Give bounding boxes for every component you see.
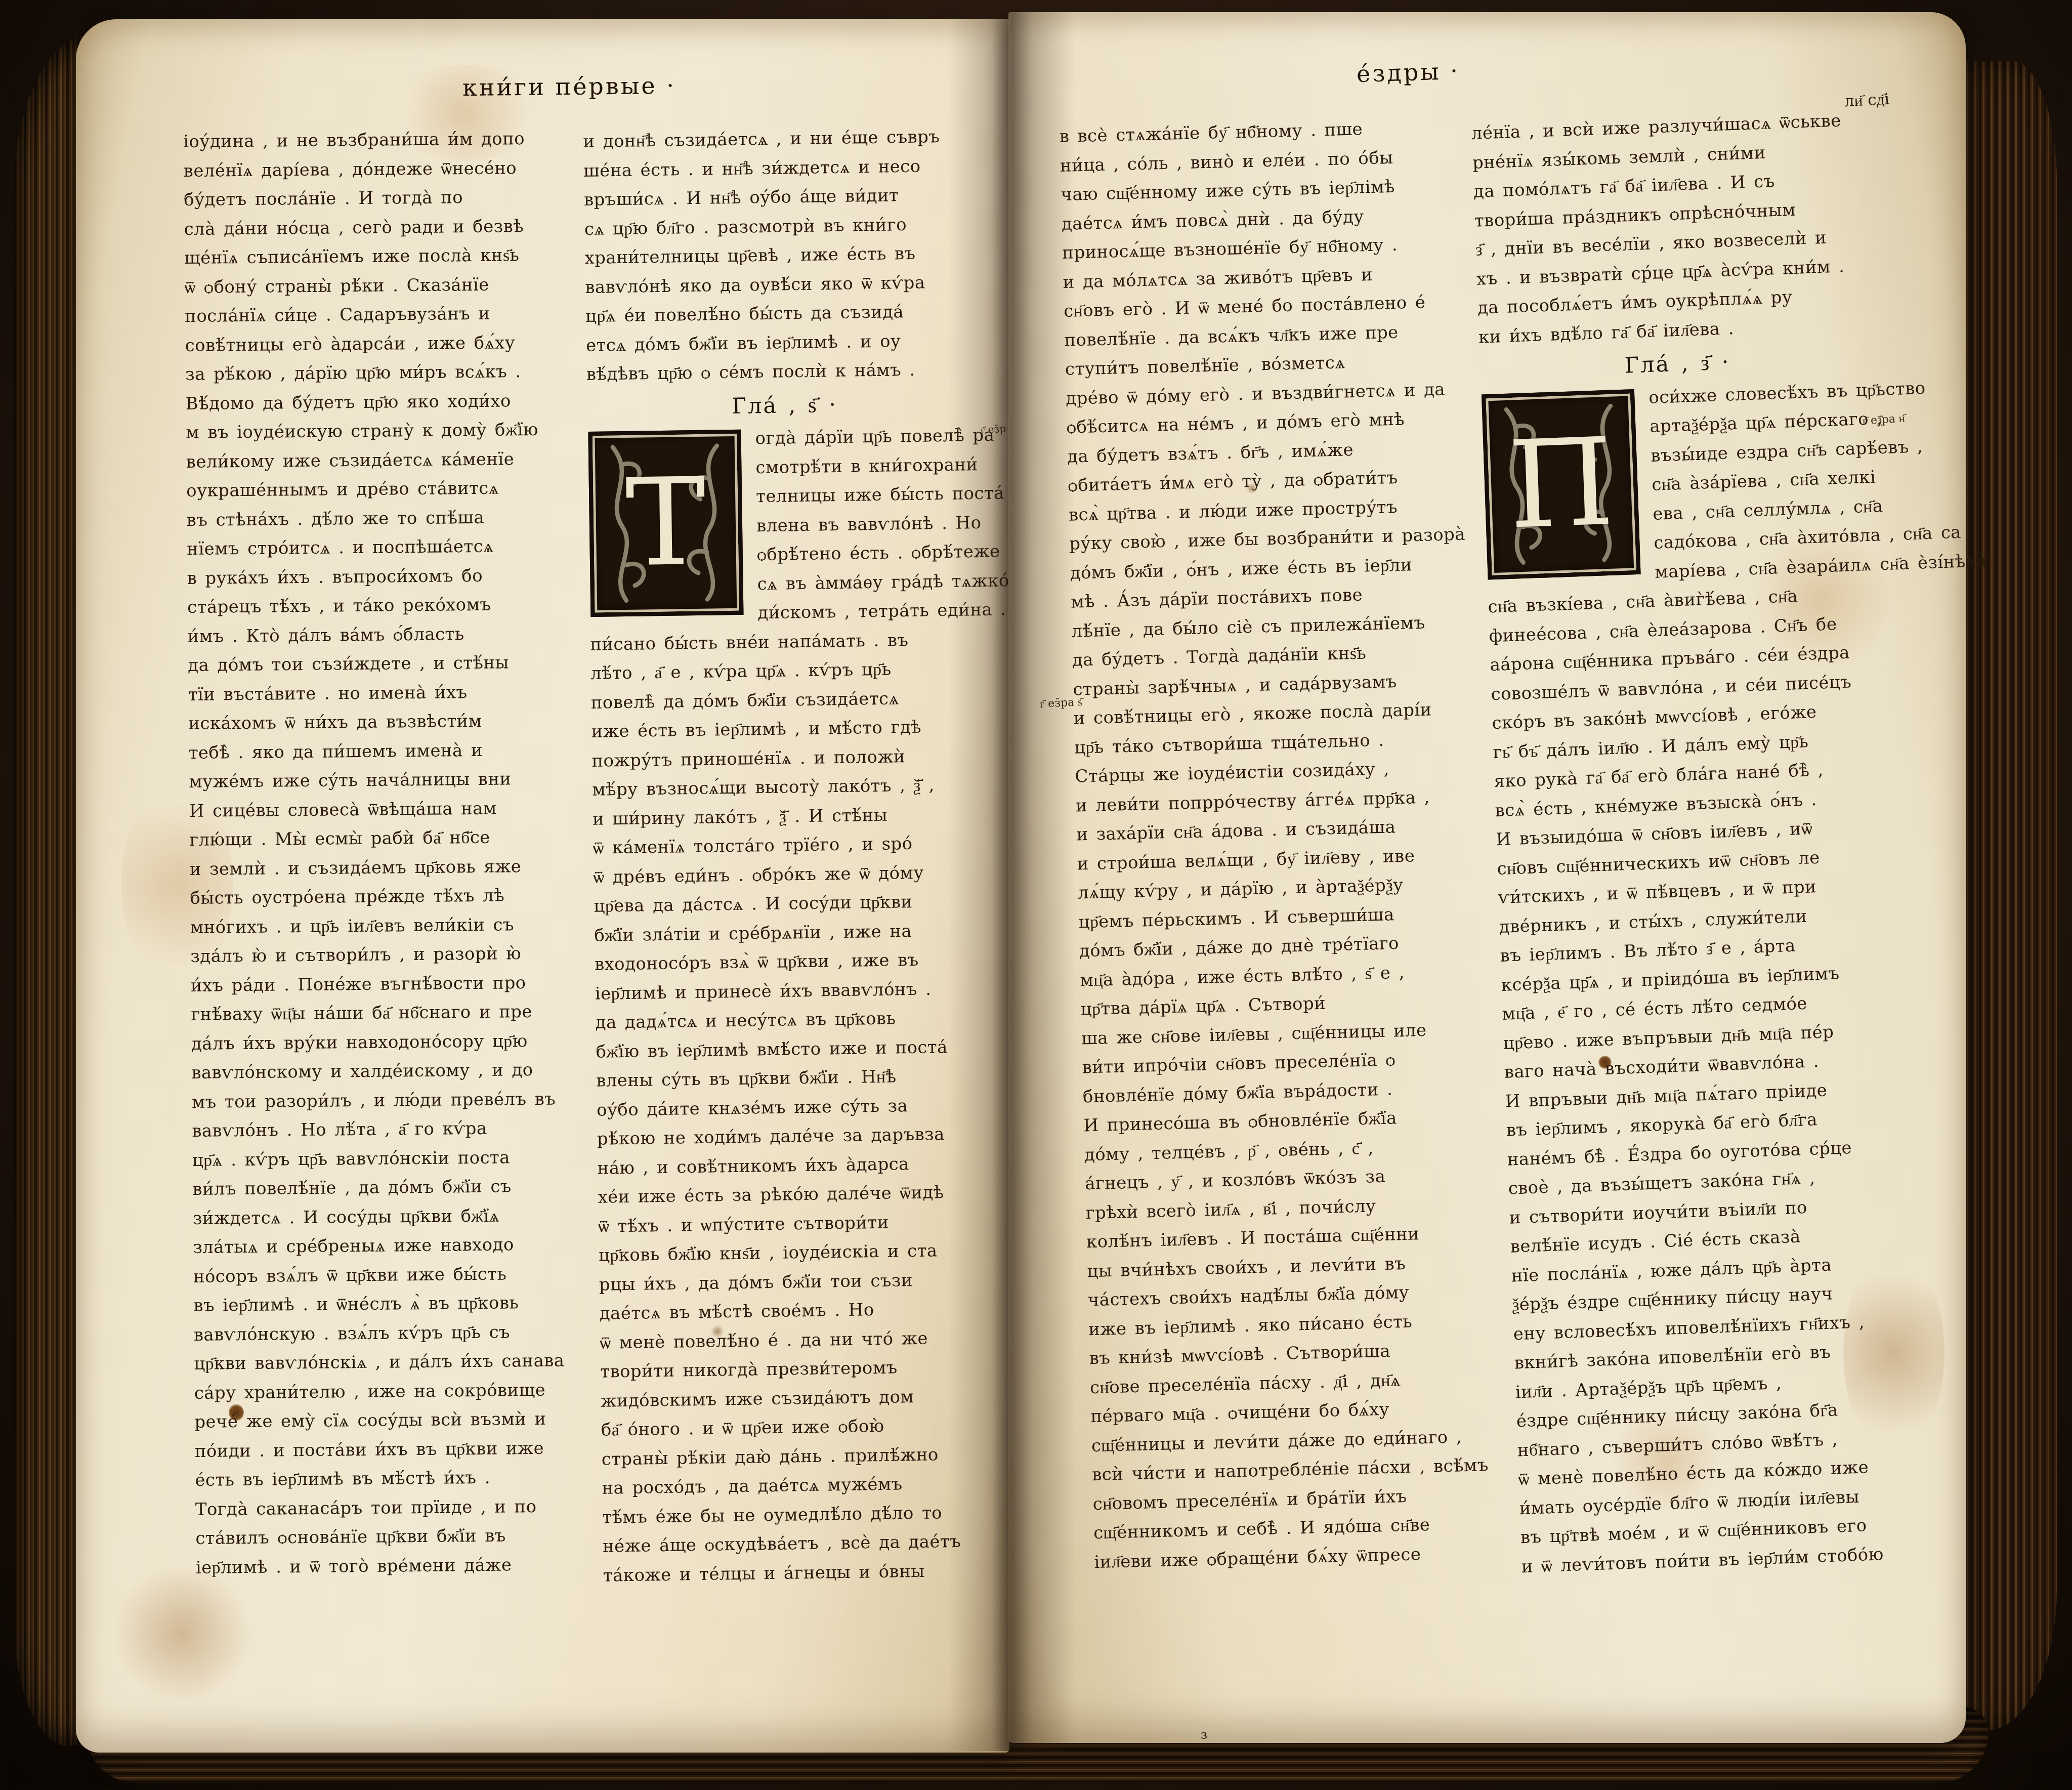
text-line: не́же а́ще ѻскудѣва́етъ , всѐ да дае́тъ (603, 1527, 999, 1561)
text-line: ше́на е́сть . и нн҃ѣ зи́ждетсѧ и несо (583, 151, 980, 186)
margin-note-cross-reference: г҃ ез̑ра ѕ҃ (1039, 695, 1082, 711)
text-line: страны̀ рѣ́кіи даю̀ да́нь . прилѣ́жно (601, 1439, 997, 1474)
woodcut-drop-cap-initial: П (1482, 389, 1641, 579)
text-line: зи́ждетсѧ . И сосу́ды цр҃кви бж҃їѧ (193, 1201, 582, 1233)
text-line: И сице́вы словеса̀ ѿвѣща́ша нам (189, 794, 579, 826)
text-line: бу́детъ посла́нїе . И тогда̀ по (184, 182, 573, 215)
text-line: рече́ же ему̀ сїѧ сосу́ды всѝ възмѝ и (194, 1404, 584, 1437)
text-line: въ стѣна́хъ . дѣ́ло же то спѣ́ша (187, 503, 576, 535)
initial-letter: Т (593, 434, 740, 613)
running-title-right: е́здры · (1356, 57, 1460, 88)
text-line: зда́лъ ю̀ и сътвори́лъ , и разорѝ ю̀ (190, 939, 580, 971)
margin-note-cross-reference: г҃ ез̑р (980, 422, 1006, 436)
text-line: нїемъ стро́итсѧ . и поспѣша́етсѧ (187, 531, 576, 564)
woodcut-drop-cap-initial: Т (588, 430, 743, 617)
text-line: вавѵло́нскому и халде́искому , и до (191, 1055, 581, 1088)
text-line: бы́сть оустро́ена пре́жде тѣ́хъ лѣ (190, 881, 579, 913)
text-line: зла́тыѧ и сре́бреныѧ иже навходо (193, 1230, 582, 1262)
text-line: тебѣ̀ . яко да пи́шемъ имена̀ и (189, 735, 578, 768)
text-line: са́ру храни́телю , иже на сокро́вище (194, 1376, 584, 1408)
signature-mark: з (1201, 1728, 1207, 1742)
text-line: бж҃їю въ іер҃лимѣ вмѣ́сто иже и поста́ (596, 1032, 992, 1066)
chapter-heading: Гла́ , ѕ҃ · (586, 384, 983, 427)
text-line: вавѵло́нѣ яко да оувѣ́си яко ѿ кѵ́ра (585, 268, 981, 302)
text-line: въ іер҃лимѣ . и ѿне́слъ ѧ̀ въ цр҃ковь (193, 1288, 583, 1320)
text-line: муже́мъ иже су́ть нача́лницы вни (189, 764, 578, 797)
text-line: хе́и иже е́сть за рѣко́ю дале́че ѿидѣ (598, 1178, 994, 1212)
text-line: е́сть въ іер҃лимѣ въ мѣ́стѣ и́хъ . (195, 1463, 584, 1495)
text-line: иска́хомъ ѿ ни́хъ да възвѣсти́м (188, 706, 578, 738)
text-line: Вѣ́домо да бу́детъ цр҃ю яко ходи́хо (186, 386, 575, 419)
text-column-4: ле́нїа , и всѝ иже разлучи́шасѧ ѿськверн… (1471, 106, 1917, 1582)
text-line: но́соръ взѧ́лъ ѿ цр҃кви иже бы́сть (193, 1259, 583, 1292)
margin-note-cross-reference: г҃ еѯ҃ра н҃ (1862, 411, 1905, 428)
running-title-left: кни́ги пе́рвые · (462, 72, 676, 101)
text-column-2: и донн҃ѣ съзида́етсѧ , и ни е́ще съвръше… (583, 122, 999, 1591)
text-line: тїи въста́вите . но имена̀ и́хъ (188, 677, 578, 710)
text-line: по́иди . и поста́ви и́хъ въ цр҃кви иже (195, 1434, 584, 1466)
text-line: вели́кому иже съзида́етсѧ ка́менїе (186, 444, 576, 477)
text-line: глю́щи . Мы̀ есмы̀ рабѝ ба҃ нб҃се (189, 822, 579, 855)
stain (106, 1568, 258, 1699)
text-line: да до́мъ тои съзи́ждете , и стѣ́ны (188, 648, 577, 680)
text-line: вавѵло́нъ . Но лѣ́та , а҃ го кѵ́ра (192, 1113, 581, 1146)
text-line: ѿ ѻбону́ страны̀ рѣ́ки . Сказа́нїе (185, 270, 574, 302)
text-line: и́хъ ра́ди . Поне́же въгнѣ́вости про (191, 968, 580, 1001)
text-line: та́коже и те́лцы и а́гнецы и о́вны (603, 1556, 999, 1590)
text-line: совѣ́тницы его̀ а̀дарса́и , иже бѧ́ху (185, 328, 575, 360)
text-line: посла́нїѧ си́це . Садаръвуза́нъ и (185, 299, 574, 331)
text-line: мѣ́ру възносѧ́щи высоту̀ лако́тъ , ѯ҃ , (592, 770, 988, 805)
text-line: цр҃ковь бж҃їю кнѕ҃и , іоуде́искіа и ста (599, 1236, 995, 1270)
text-line: ще́нїѧ съписа́нїемъ иже посла̀ кнѕ҃ь (184, 240, 574, 273)
right-page: е́здры · ли҃ сд҃і в всѐ стѧжа́нїе бу҃ нб… (1008, 12, 1966, 1743)
text-line: и донн҃ѣ съзида́етсѧ , и ни е́ще съвръ (583, 122, 979, 156)
text-line: мно́гихъ . и цр҃ь іил҃евъ вели́кіи съ (190, 910, 580, 942)
text-line: іоу́дина , и не възбрани́ша и́м допо (183, 124, 573, 156)
text-line: и́мъ . Кто̀ да́лъ ва́мъ ѻ́бласть (188, 619, 577, 651)
text-line: рѣ́кою не ходи́мъ дале́че за даръвза (597, 1119, 993, 1154)
text-line: за рѣ́кою , да́рїю цр҃ю ми́ръ всѧ́къ . (185, 357, 575, 389)
initial-letter: П (1486, 393, 1636, 575)
text-line: Тогда̀ саканаса́ръ тои прїиде , и по (195, 1492, 585, 1524)
text-column-3: в всѐ стѧжа́нїе бу҃ нб҃ному . пшени́ца ,… (1059, 113, 1490, 1577)
text-line: мъ тои разори́лъ , и лю́ди преве́лъ въ (192, 1085, 581, 1117)
text-line: іер҃лимѣ . и ѿ того̀ вре́мени да́же (196, 1550, 585, 1583)
text-line: цр҃кви вавѵло́нскіѧ , и да́лъ и́хъ санав… (194, 1346, 583, 1379)
text-column-1: іоу́дина , и не възбрани́ша и́м доповеле… (183, 124, 585, 1583)
text-line: м въ іоуде́искую страну̀ к дому̀ бж҃їю (186, 415, 575, 447)
text-line: да́лъ и́хъ вру́ки навходоно́сору цр҃ю (191, 1026, 581, 1059)
text-line: в рука́хъ и́хъ . въпроси́хомъ бо (187, 561, 577, 593)
text-line: веле́нїѧ дарі́ева , до́ндеже ѿнесе́но (184, 153, 573, 186)
text-line: сла̀ да́ни но́сца , сего̀ ради и безвѣ (184, 212, 574, 244)
text-line: ви́лъ повелѣ́нїе , да до́мъ бж҃їи съ (192, 1172, 582, 1204)
text-line: вавѵло́нскую . взѧ́лъ кѵ́ръ цр҃ь съ (194, 1317, 583, 1350)
text-line: гнѣ́ваху ѿц҃ы на́ши ба҃ нб҃снаго и пре (191, 997, 580, 1029)
text-line: оукраше́ннымъ и дре́во ста́витсѧ (186, 473, 576, 506)
text-line: и землѝ . и съзида́емъ цр҃ковь яже (190, 852, 579, 884)
text-line: ста́рецъ тѣ́хъ , и та́ко реко́хомъ (187, 590, 577, 622)
book-photograph: кни́ги пе́рвые · іоу́дина , и не възбран… (0, 0, 2072, 1790)
left-page: кни́ги пе́рвые · іоу́дина , и не възбран… (76, 19, 1009, 1753)
text-line: цр҃ѧ . кѵ́ръ цр҃ь вавѵло́нскіи поста (192, 1143, 582, 1175)
text-line: ста́вилъ ѻснова́нїе цр҃кви бж҃їи въ (195, 1521, 585, 1553)
